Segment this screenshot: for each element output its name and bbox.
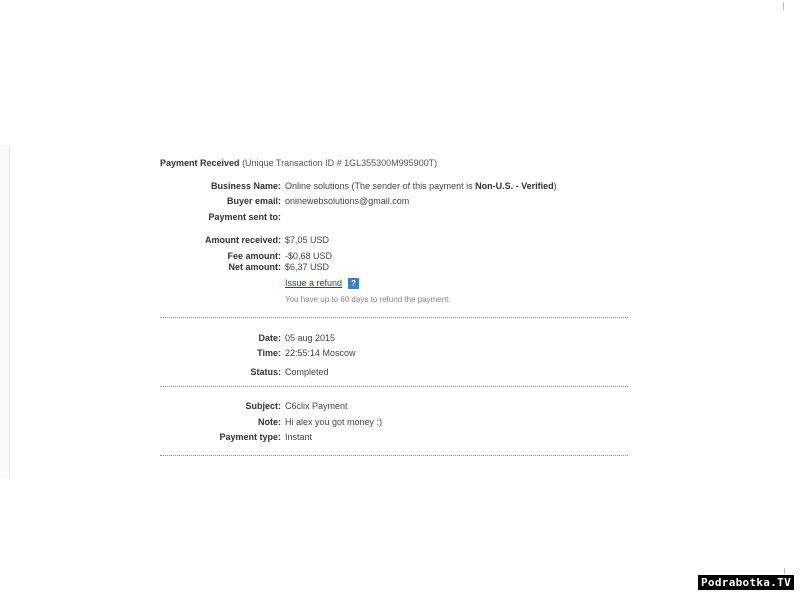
refund-note: You have up to 60 days to refund the pay…: [285, 295, 451, 304]
amount-received-label: Amount received:: [205, 235, 281, 245]
title-heading: Payment Received: [160, 158, 240, 168]
date-value: 05 aug 2015: [285, 333, 335, 343]
subject-value: C6clix Payment: [285, 401, 348, 411]
corner-mark: [784, 568, 785, 574]
payment-sent-to-label: Payment sent to:: [208, 212, 281, 222]
payment-sent-to-row: Payment sent to:: [160, 212, 630, 225]
page-title: Payment Received (Unique Transaction ID …: [160, 158, 437, 168]
divider: [160, 455, 628, 456]
divider: [160, 386, 628, 387]
issue-refund-link[interactable]: Issue a refund: [285, 278, 342, 288]
sender-status: Non-U.S. - Verified: [475, 181, 554, 191]
business-name-label: Business Name:: [211, 181, 281, 191]
net-amount-row: Net amount: $6,37 USD: [160, 262, 630, 275]
buyer-email-row: Buyer email: oninewebsolutions@gmail.com: [160, 196, 630, 209]
status-value: Completed: [285, 367, 329, 377]
buyer-email-label: Buyer email:: [227, 196, 281, 206]
left-panel-edge: [0, 145, 10, 478]
payment-type-row: Payment type: Instant: [160, 432, 630, 445]
subject-row: Subject: C6clix Payment: [160, 401, 630, 414]
amount-received-row: Amount received: $7,05 USD: [160, 235, 630, 248]
amount-received-value: $7,05 USD: [285, 235, 329, 245]
note-value: Hi alex you got money :): [285, 417, 382, 427]
divider: [160, 317, 628, 318]
status-row: Status: Completed: [160, 367, 630, 380]
business-name-row: Business Name: Online solutions (The sen…: [160, 181, 630, 194]
time-value: 22:55:14 Moscow: [285, 348, 356, 358]
date-row: Date: 05 aug 2015: [160, 333, 630, 346]
date-label: Date:: [258, 333, 281, 343]
business-name-text: Online solutions (The sender of this pay…: [285, 181, 475, 191]
time-label: Time:: [257, 348, 281, 358]
help-icon[interactable]: ?: [348, 278, 359, 289]
fee-amount-label: Fee amount:: [227, 251, 281, 261]
payment-type-label: Payment type:: [219, 432, 281, 442]
subject-label: Subject:: [245, 401, 281, 411]
watermark-logo: Podrabotka.TV: [698, 575, 794, 590]
net-amount-label: Net amount:: [229, 262, 282, 272]
buyer-email-value: oninewebsolutions@gmail.com: [285, 196, 409, 206]
transaction-id: (Unique Transaction ID # 1GL355300M99590…: [242, 158, 437, 168]
fee-amount-value: -$0,68 USD: [285, 251, 332, 261]
note-row: Note: Hi alex you got money :): [160, 417, 630, 430]
net-amount-value: $6,37 USD: [285, 262, 329, 272]
business-name-value: Online solutions (The sender of this pay…: [285, 181, 557, 191]
payment-type-value: Instant: [285, 432, 312, 442]
status-label: Status:: [250, 367, 281, 377]
time-row: Time: 22:55:14 Moscow: [160, 348, 630, 361]
business-name-close: ): [554, 181, 557, 191]
corner-mark: [783, 2, 784, 10]
note-label: Note:: [258, 417, 281, 427]
